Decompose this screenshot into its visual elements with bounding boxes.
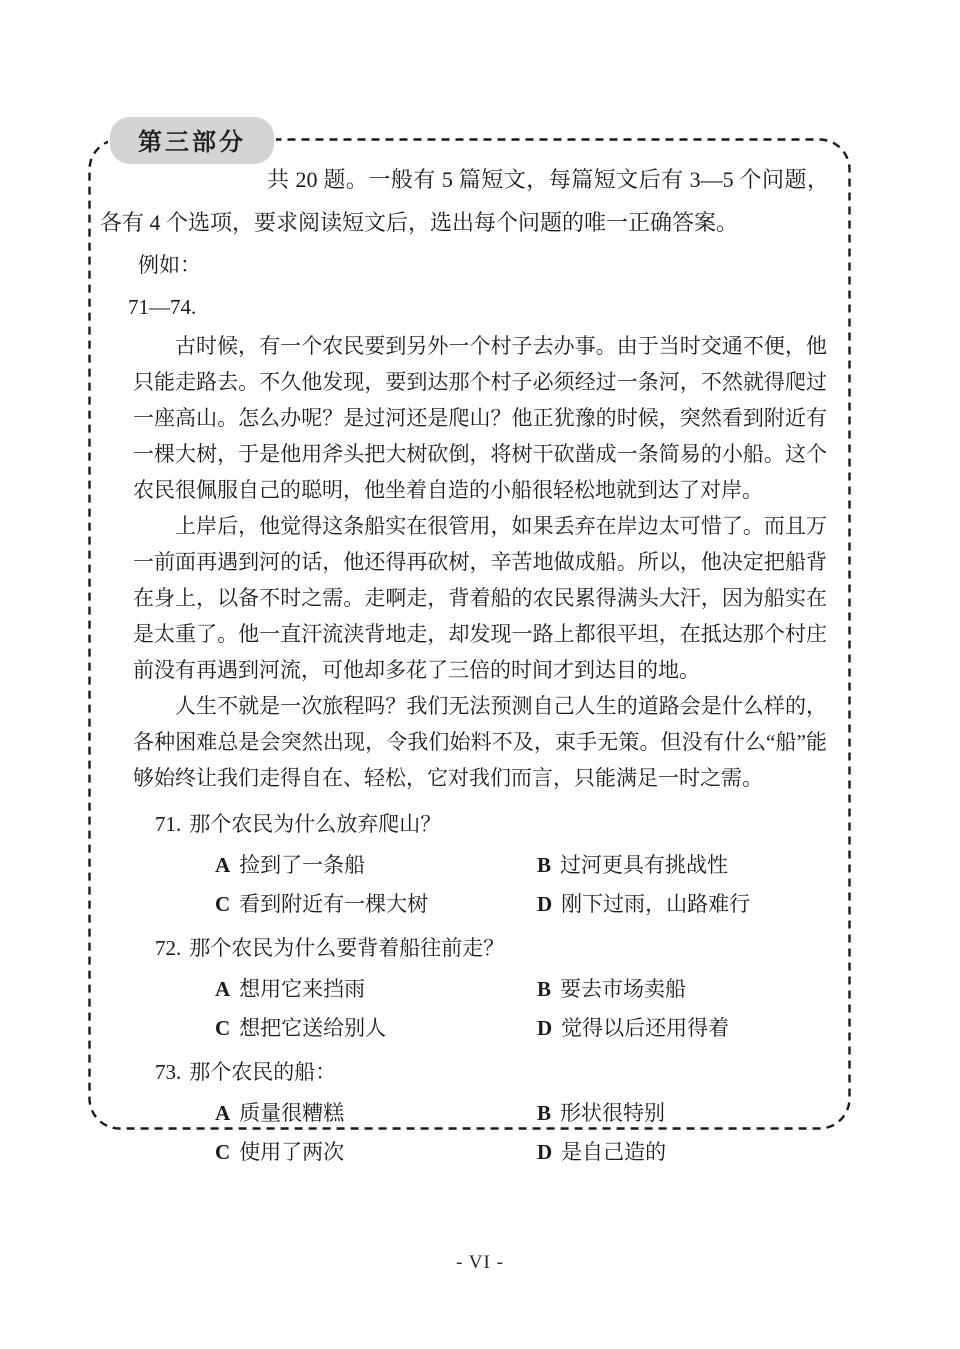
option-72-D: D觉得以后还用得着 bbox=[537, 1009, 829, 1048]
question-number: 72. bbox=[155, 936, 181, 960]
option-label: C bbox=[215, 1016, 230, 1040]
option-text: 过河更具有挑战性 bbox=[560, 853, 728, 877]
option-71-B: B过河更具有挑战性 bbox=[537, 846, 829, 885]
option-label: A bbox=[215, 977, 230, 1001]
option-label: B bbox=[537, 1101, 551, 1125]
option-text: 觉得以后还用得着 bbox=[561, 1016, 729, 1040]
option-text: 看到附近有一棵大树 bbox=[239, 892, 428, 916]
option-71-A: A捡到了一条船 bbox=[215, 846, 537, 885]
section-badge: 第三部分 bbox=[110, 117, 274, 164]
passage-paragraph-2: 上岸后，他觉得这条船实在很管用，如果丢弃在岸边太可惜了。而且万一前面再遇到河的话… bbox=[133, 508, 827, 688]
option-label: B bbox=[537, 977, 551, 1001]
option-72-B: B要去市场卖船 bbox=[537, 970, 829, 1009]
option-label: C bbox=[215, 1140, 230, 1164]
option-label: B bbox=[537, 853, 551, 877]
option-text: 要去市场卖船 bbox=[560, 977, 686, 1001]
option-label: D bbox=[537, 892, 552, 916]
passage-paragraph-3: 人生不就是一次旅程吗？我们无法预测自己人生的道路会是什么样的，各种困难总是会突然… bbox=[133, 688, 827, 796]
question-block-71: 71.那个农民为什么放弃爬山？ A捡到了一条船 B过河更具有挑战性 C看到附近有… bbox=[155, 804, 829, 924]
question-range-label: 71—74. bbox=[128, 286, 829, 328]
option-73-A: A质量很糟糕 bbox=[215, 1094, 537, 1133]
option-text: 是自己造的 bbox=[561, 1140, 666, 1164]
section-box: 第三部分 共 20 题。一般有 5 篇短文，每篇短文后有 3—5 个问题，各有 … bbox=[88, 138, 851, 1130]
options-grid: A捡到了一条船 B过河更具有挑战性 C看到附近有一棵大树 D刚下过雨，山路难行 bbox=[215, 846, 829, 924]
question-line: 73.那个农民的船： bbox=[155, 1052, 829, 1092]
question-line: 71.那个农民为什么放弃爬山？ bbox=[155, 804, 829, 844]
question-block-72: 72.那个农民为什么要背着船往前走？ A想用它来挡雨 B要去市场卖船 C想把它送… bbox=[155, 928, 829, 1048]
option-text: 质量很糟糕 bbox=[239, 1101, 344, 1125]
option-text: 想用它来挡雨 bbox=[239, 977, 365, 1001]
option-73-B: B形状很特别 bbox=[537, 1094, 829, 1133]
option-text: 刚下过雨，山路难行 bbox=[561, 892, 750, 916]
option-71-C: C看到附近有一棵大树 bbox=[215, 885, 537, 924]
option-71-D: D刚下过雨，山路难行 bbox=[537, 885, 829, 924]
option-label: A bbox=[215, 853, 230, 877]
question-text: 那个农民为什么放弃爬山？ bbox=[189, 812, 441, 836]
options-grid: A想用它来挡雨 B要去市场卖船 C想把它送给别人 D觉得以后还用得着 bbox=[215, 970, 829, 1048]
option-text: 使用了两次 bbox=[239, 1140, 344, 1164]
option-text: 捡到了一条船 bbox=[239, 853, 365, 877]
question-number: 73. bbox=[155, 1060, 181, 1084]
passage-paragraph-1: 古时候，有一个农民要到另外一个村子去办事。由于当时交通不便，他只能走路去。不久他… bbox=[133, 328, 827, 508]
option-73-D: D是自己造的 bbox=[537, 1133, 829, 1172]
question-line: 72.那个农民为什么要背着船往前走？ bbox=[155, 928, 829, 968]
option-text: 想把它送给别人 bbox=[239, 1016, 386, 1040]
option-label: D bbox=[537, 1140, 552, 1164]
section-intro: 共 20 题。一般有 5 篇短文，每篇短文后有 3—5 个问题，各有 4 个选项… bbox=[100, 158, 829, 244]
questions-area: 71.那个农民为什么放弃爬山？ A捡到了一条船 B过河更具有挑战性 C看到附近有… bbox=[155, 804, 829, 1172]
options-grid: A质量很糟糕 B形状很特别 C使用了两次 D是自己造的 bbox=[215, 1094, 829, 1172]
option-label: A bbox=[215, 1101, 230, 1125]
page-number: - VI - bbox=[0, 1252, 960, 1274]
example-label: 例如： bbox=[138, 244, 829, 286]
option-label: D bbox=[537, 1016, 552, 1040]
question-text: 那个农民的船： bbox=[189, 1060, 336, 1084]
question-block-73: 73.那个农民的船： A质量很糟糕 B形状很特别 C使用了两次 D是自己造的 bbox=[155, 1052, 829, 1172]
reading-passage: 古时候，有一个农民要到另外一个村子去办事。由于当时交通不便，他只能走路去。不久他… bbox=[100, 328, 829, 796]
option-text: 形状很特别 bbox=[560, 1101, 665, 1125]
question-text: 那个农民为什么要背着船往前走？ bbox=[189, 936, 504, 960]
option-72-C: C想把它送给别人 bbox=[215, 1009, 537, 1048]
option-73-C: C使用了两次 bbox=[215, 1133, 537, 1172]
option-72-A: A想用它来挡雨 bbox=[215, 970, 537, 1009]
exam-page: 第三部分 共 20 题。一般有 5 篇短文，每篇短文后有 3—5 个问题，各有 … bbox=[0, 0, 960, 1349]
option-label: C bbox=[215, 892, 230, 916]
question-number: 71. bbox=[155, 812, 181, 836]
